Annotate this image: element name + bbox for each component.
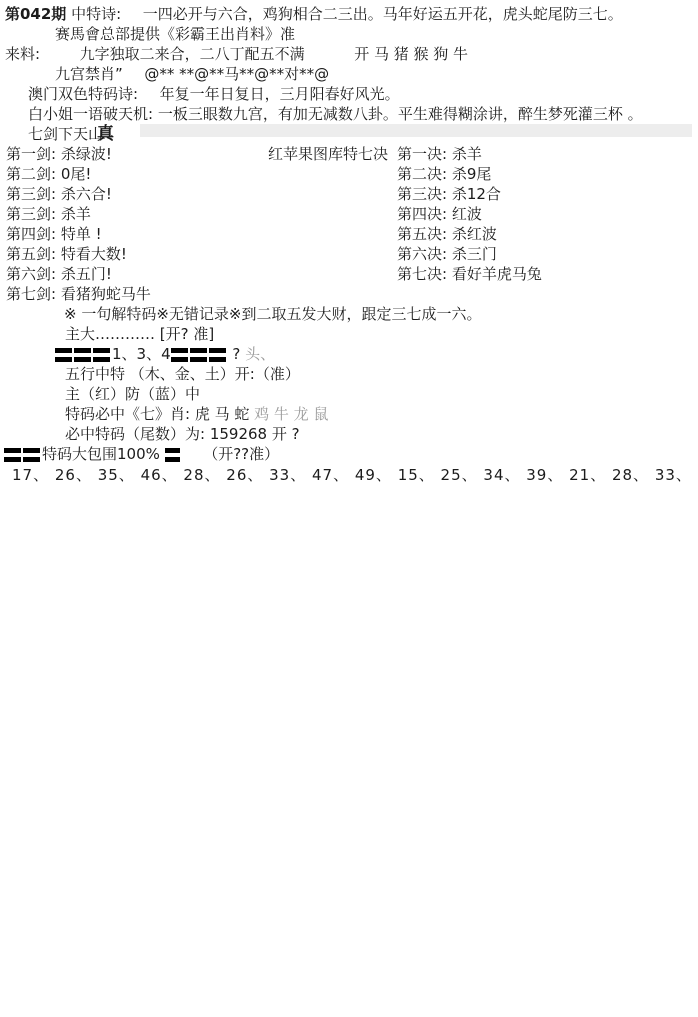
- sword-item: 第七剑: 看猪狗蛇马牛: [6, 284, 151, 304]
- macau-label: 澳门双色特码诗:: [28, 85, 138, 103]
- table-row: 第三剑: 杀羊 第四决: 红波: [0, 204, 698, 224]
- source-line: 来料: 九字独取二来合，二八丁配五不满 开 马 猪 猴 狗 牛: [0, 44, 698, 64]
- lottery-tip-sheet: 第042期 中特诗: 一四必开与六合，鸡狗相合二三出。马年好运五开花，虎头蛇尾防…: [0, 0, 698, 1017]
- table-row: 第五剑: 特看大数! 第六决: 杀三门: [0, 244, 698, 264]
- zhufang-line: 主（红）防（蓝）中: [0, 384, 698, 404]
- forbidden-line: 九宫禁肖” @** **@**马**@**对**@: [0, 64, 698, 84]
- censored-block: [165, 448, 180, 462]
- bizhong-faint-zodiacs: 鸡 牛 龙 鼠: [254, 405, 328, 423]
- table-row: 第七剑: 看猪狗蛇马牛: [0, 284, 698, 304]
- tip-item: 第三决: 杀12合: [397, 184, 501, 204]
- table-row: 第四剑: 特单 ! 第五决: 杀红波: [0, 224, 698, 244]
- header-line: 第042期 中特诗: 一四必开与六合，鸡狗相合二三出。马年好运五开花，虎头蛇尾防…: [0, 4, 698, 24]
- numbers-line: 17、 26、 35、 46、 28、 26、 33、 47、 49、 15、 …: [0, 465, 698, 485]
- censored-numbers: 1、3、4: [112, 345, 171, 363]
- baowei-text: 特码大包围100%: [42, 445, 165, 463]
- bizhong-dark-zodiacs: 虎 马 蛇: [195, 405, 254, 423]
- censored-block: [55, 348, 72, 362]
- baowei-suffix: （开??准）: [203, 445, 279, 463]
- sword-item: 第四剑: 特单 !: [6, 224, 102, 244]
- source-text: 九字独取二来合，二八丁配五不满: [80, 45, 305, 63]
- sword-item: 第五剑: 特看大数!: [6, 244, 127, 264]
- censored-faint-suffix: 头、: [245, 345, 275, 363]
- weishu-text: 必中特码（尾数）为: 159268 开 ?: [65, 425, 300, 443]
- macau-line: 澳门双色特码诗: 年复一年日复日，三月阳春好风光。: [0, 84, 698, 104]
- zhuda-line: 主大………… [开? 准]: [0, 324, 698, 344]
- table-row: 第六剑: 杀五门! 第七决: 看好羊虎马兔: [0, 264, 698, 284]
- bizhong-line: 特码必中《七》肖: 虎 马 蛇 鸡 牛 龙 鼠: [0, 404, 698, 424]
- censored-block: [4, 448, 21, 462]
- tip-item: 第二决: 杀9尾: [397, 164, 491, 184]
- censored-line: 1、3、4 ? 头、: [0, 344, 698, 364]
- censored-question: ?: [232, 345, 240, 363]
- tip-item: 第一决: 杀羊: [397, 144, 482, 164]
- weishu-line: 必中特码（尾数）为: 159268 开 ?: [0, 424, 698, 444]
- period-label: 第042期: [5, 5, 66, 23]
- sword-item: 第六剑: 杀五门!: [6, 264, 112, 284]
- slogan-text: ※ 一句解特码※无错记录※到二取五发大财，跟定三七成一六。: [64, 305, 481, 323]
- wuxing-line: 五行中特 （木、金、土）开:（准）: [0, 364, 698, 384]
- baixiaojie-line: 白小姐一语破天机: 一板三眼数九宫，有加无减数八卦。平生难得糊涂讲，醉生梦死灌三…: [0, 104, 698, 124]
- baowei-line: 特码大包围100% （开??准）: [0, 444, 698, 465]
- tips-header: 红苹果图库特七决: [268, 144, 388, 164]
- censored-block: [74, 348, 91, 362]
- poem-label: 中特诗:: [71, 5, 121, 23]
- tip-item: 第四决: 红波: [397, 204, 482, 224]
- forbidden-code: @** **@**马**@**对**@: [144, 65, 329, 83]
- tip-item: 第五决: 杀红波: [397, 224, 497, 244]
- swords-tips-section: 第一剑: 杀绿波! 红苹果图库特七决 第一决: 杀羊 第二剑: 0尾! 第二决:…: [0, 144, 698, 304]
- sword-item: 第二剑: 0尾!: [6, 164, 91, 184]
- censored-block: [209, 348, 226, 362]
- censored-block: [190, 348, 207, 362]
- provider-text: 赛馬會总部提供《彩霸王出肖料》准: [55, 25, 295, 43]
- censored-block: [171, 348, 188, 362]
- forbidden-label: 九宫禁肖”: [55, 65, 123, 83]
- censored-block: [93, 348, 110, 362]
- zhufang-text: 主（红）防（蓝）中: [65, 385, 200, 403]
- table-row: 第三剑: 杀六合! 第三决: 杀12合: [0, 184, 698, 204]
- table-row: 第一剑: 杀绿波! 红苹果图库特七决 第一决: 杀羊: [0, 144, 698, 164]
- swords-title-overlay: 真: [97, 124, 114, 144]
- numbers-text: 17、 26、 35、 46、 28、 26、 33、 47、 49、 15、 …: [12, 466, 698, 484]
- swords-title-line: 七剑下天山真: [0, 124, 698, 144]
- sword-item: 第一剑: 杀绿波!: [6, 144, 112, 164]
- table-row: 第二剑: 0尾! 第二决: 杀9尾: [0, 164, 698, 184]
- bizhong-label: 特码必中《七》肖:: [65, 405, 195, 423]
- slogan-line: ※ 一句解特码※无错记录※到二取五发大财，跟定三七成一六。: [0, 304, 698, 324]
- baixiaojie-text: 一板三眼数九宫，有加无减数八卦。平生难得糊涂讲，醉生梦死灌三杯 。: [158, 105, 643, 123]
- source-label: 来料:: [5, 45, 40, 63]
- provider-line: 赛馬會总部提供《彩霸王出肖料》准: [0, 24, 698, 44]
- source-zodiacs: 开 马 猪 猴 狗 牛: [354, 45, 468, 63]
- tip-item: 第六决: 杀三门: [397, 244, 497, 264]
- poem-text: 一四必开与六合，鸡狗相合二三出。马年好运五开花，虎头蛇尾防三七。: [143, 5, 623, 23]
- macau-text: 年复一年日复日，三月阳春好风光。: [160, 85, 400, 103]
- sword-item: 第三剑: 杀羊: [6, 204, 91, 224]
- sword-item: 第三剑: 杀六合!: [6, 184, 112, 204]
- wuxing-text: 五行中特 （木、金、土）开:（准）: [65, 365, 300, 383]
- censored-block: [23, 448, 40, 462]
- zhuda-text: 主大………… [开? 准]: [65, 325, 214, 343]
- tip-item: 第七决: 看好羊虎马兔: [397, 264, 542, 284]
- swords-title: 七剑下天山: [28, 125, 103, 143]
- baixiaojie-label: 白小姐一语破天机:: [28, 105, 153, 123]
